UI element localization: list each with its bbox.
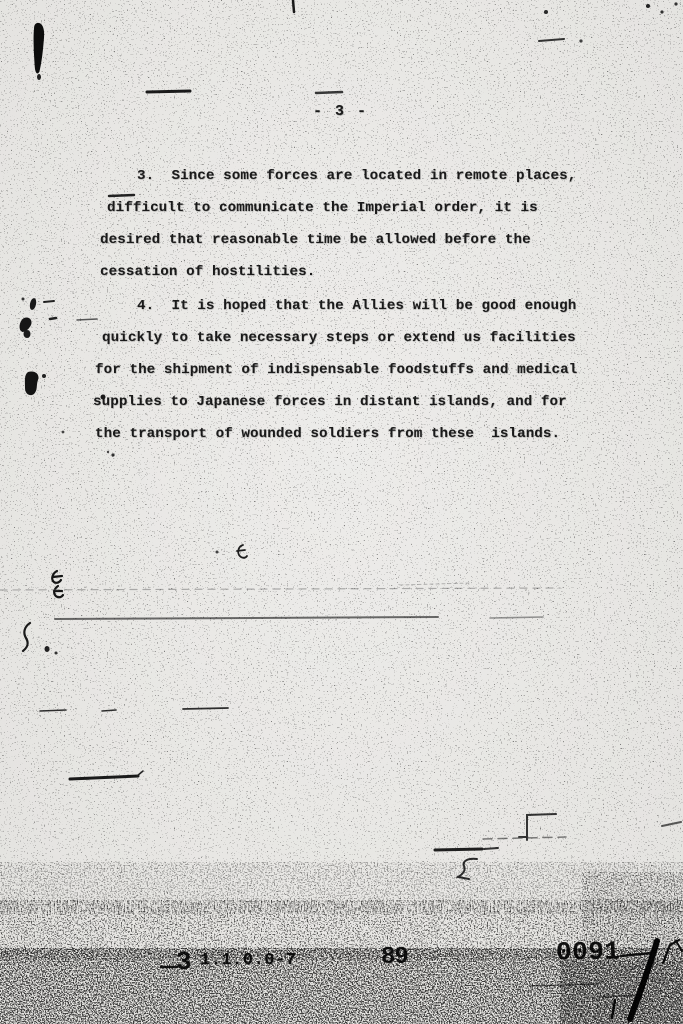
- footer-ref-number: 1.1.0.0-7: [200, 952, 296, 969]
- typewritten-line: difficult to communicate the Imperial or…: [107, 200, 538, 216]
- typewritten-line: desired that reasonable time be allowed …: [100, 232, 531, 248]
- typewritten-line: the transport of wounded soldiers from t…: [95, 426, 560, 442]
- footer-page-stamp: 89: [381, 946, 408, 970]
- typewritten-line: 4. It is hoped that the Allies will be g…: [137, 298, 576, 314]
- typewritten-text-block: - 3 - 3. Since some forces are located i…: [0, 0, 683, 1024]
- scanned-document-page: - 3 - 3. Since some forces are located i…: [0, 0, 683, 1024]
- typewritten-line: for the shipment of indispensable foodst…: [95, 362, 577, 378]
- typewritten-line: supplies to Japanese forces in distant i…: [93, 394, 567, 410]
- typewritten-line: 3. Since some forces are located in remo…: [137, 168, 576, 184]
- footer-ref-bold-digit: 3: [176, 949, 192, 975]
- page-number: - 3 -: [313, 103, 368, 120]
- typewritten-line: cessation of hostilities.: [100, 264, 315, 280]
- typewritten-line: quickly to take necessary steps or exten…: [102, 330, 576, 346]
- archive-serial-stamp: 0091: [556, 938, 621, 965]
